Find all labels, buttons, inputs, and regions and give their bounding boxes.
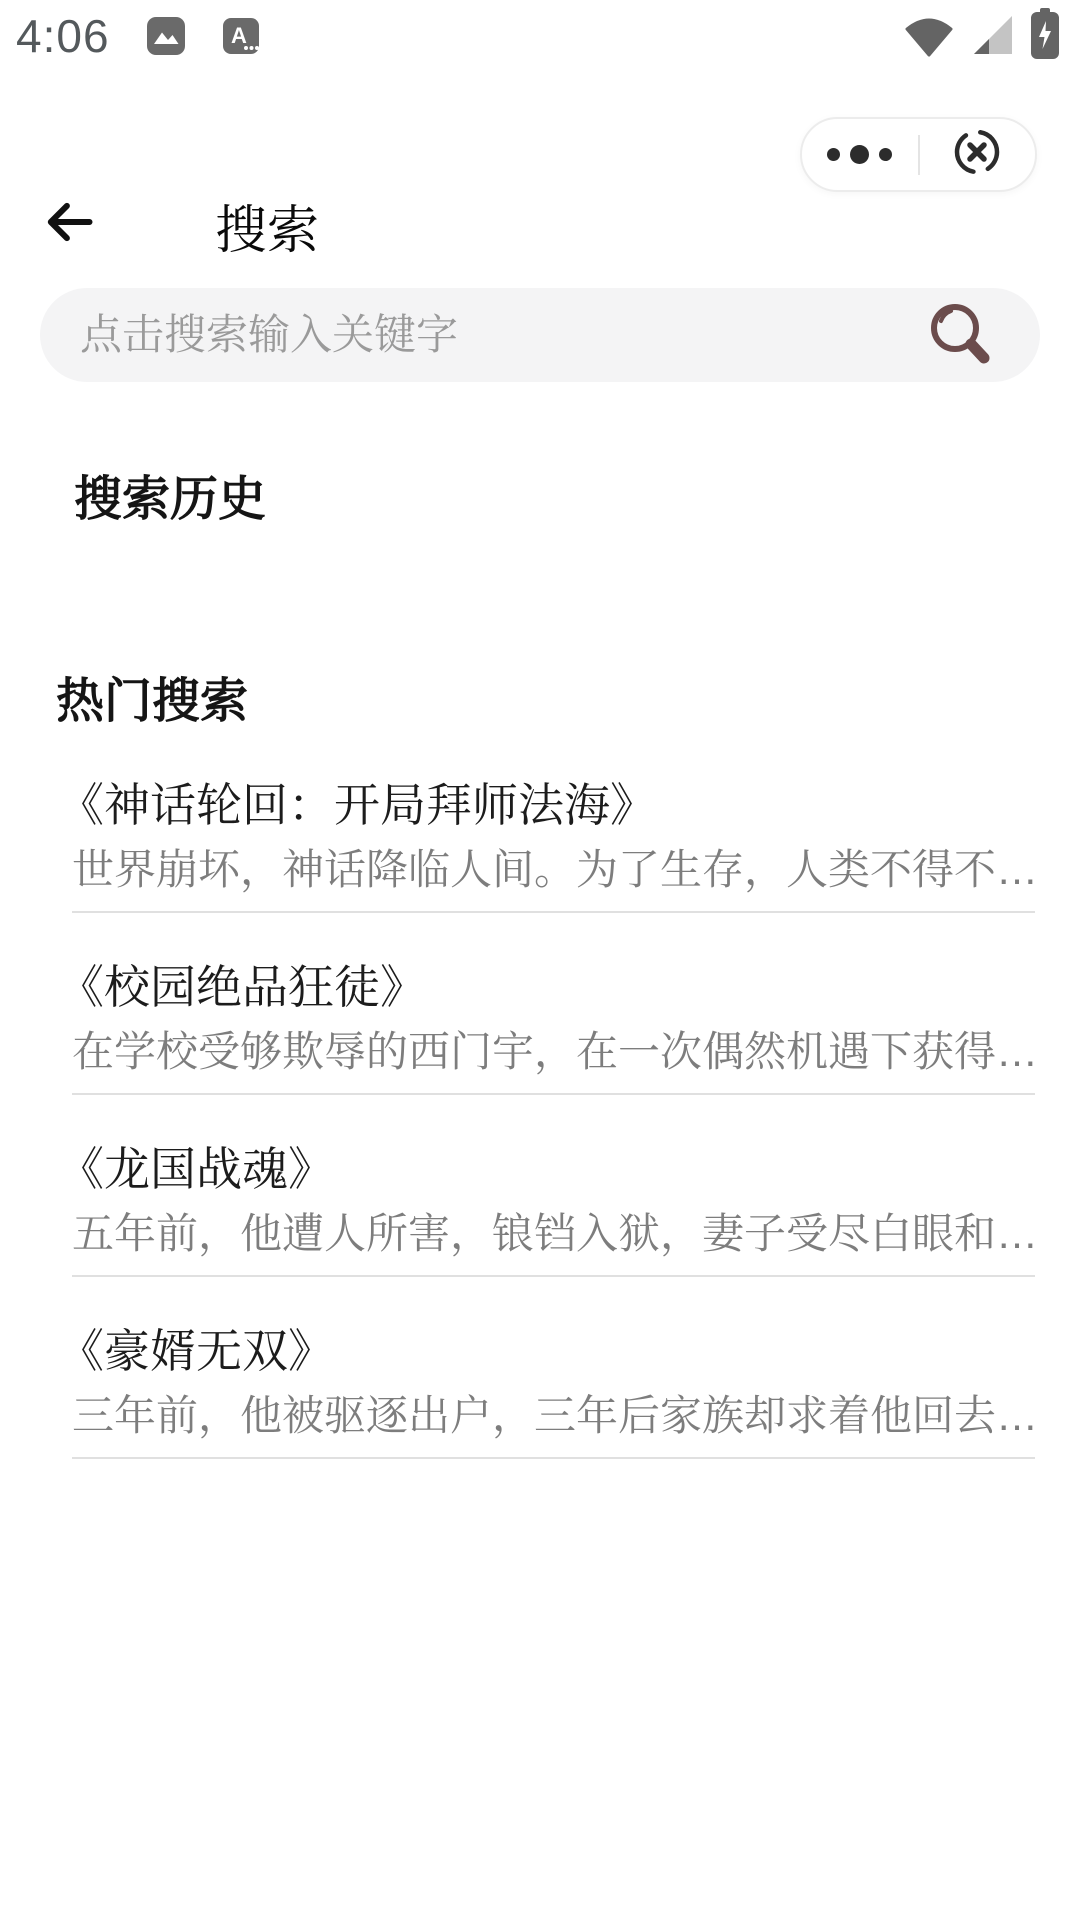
back-button[interactable] [40, 194, 96, 250]
divider [72, 1457, 1035, 1459]
book-description: 三年前，他被驱逐出户，三年后家族却求着他回去… [72, 1383, 1035, 1443]
hot-search-item[interactable]: 《校园绝品狂徒》 在学校受够欺辱的西门宇，在一次偶然机遇下获得… [40, 913, 1035, 1095]
search-history-title: 搜索历史 [74, 460, 266, 529]
book-description: 在学校受够欺辱的西门宇，在一次偶然机遇下获得… [72, 1019, 1035, 1079]
hot-search-item[interactable]: 《神话轮回：开局拜师法海》 世界崩坏，神话降临人间。为了生存，人类不得不… [40, 731, 1035, 913]
clock-time: 4:06 [16, 9, 110, 63]
navigation-bar: 搜索 [0, 66, 1080, 206]
battery-charging-icon [1030, 8, 1060, 65]
photo-notification-icon [146, 16, 186, 56]
book-title: 《龙国战魂》 [58, 1133, 1035, 1199]
magnifier-icon[interactable] [926, 301, 994, 369]
hot-search-item[interactable]: 《龙国战魂》 五年前，他遭人所害，锒铛入狱，妻子受尽白眼和… [40, 1095, 1035, 1277]
book-title: 《豪婿无双》 [58, 1315, 1035, 1381]
status-bar: 4:06 A [0, 0, 1080, 66]
book-title: 《校园绝品狂徒》 [58, 951, 1035, 1017]
hot-search-title: 热门搜索 [56, 662, 248, 731]
close-circle-icon [951, 126, 1003, 183]
page-title: 搜索 [215, 188, 319, 263]
book-title: 《神话轮回：开局拜师法海》 [58, 769, 1035, 835]
cellular-signal-icon [970, 12, 1014, 61]
book-description: 五年前，他遭人所害，锒铛入狱，妻子受尽白眼和… [72, 1201, 1035, 1261]
search-input[interactable] [80, 311, 926, 359]
book-description: 世界崩坏，神话降临人间。为了生存，人类不得不… [72, 837, 1035, 897]
hot-search-list: 《神话轮回：开局拜师法海》 世界崩坏，神话降临人间。为了生存，人类不得不… 《校… [40, 731, 1035, 1459]
search-bar[interactable] [40, 288, 1040, 382]
close-button[interactable] [920, 119, 1036, 190]
hot-search-item[interactable]: 《豪婿无双》 三年前，他被驱逐出户，三年后家族却求着他回去… [40, 1277, 1035, 1459]
mini-program-capsule [800, 117, 1037, 192]
wifi-icon [904, 11, 954, 62]
svg-text:A: A [231, 23, 247, 48]
letter-a-notification-icon: A [222, 17, 260, 55]
more-dots-icon [827, 145, 892, 164]
more-button[interactable] [802, 119, 918, 190]
